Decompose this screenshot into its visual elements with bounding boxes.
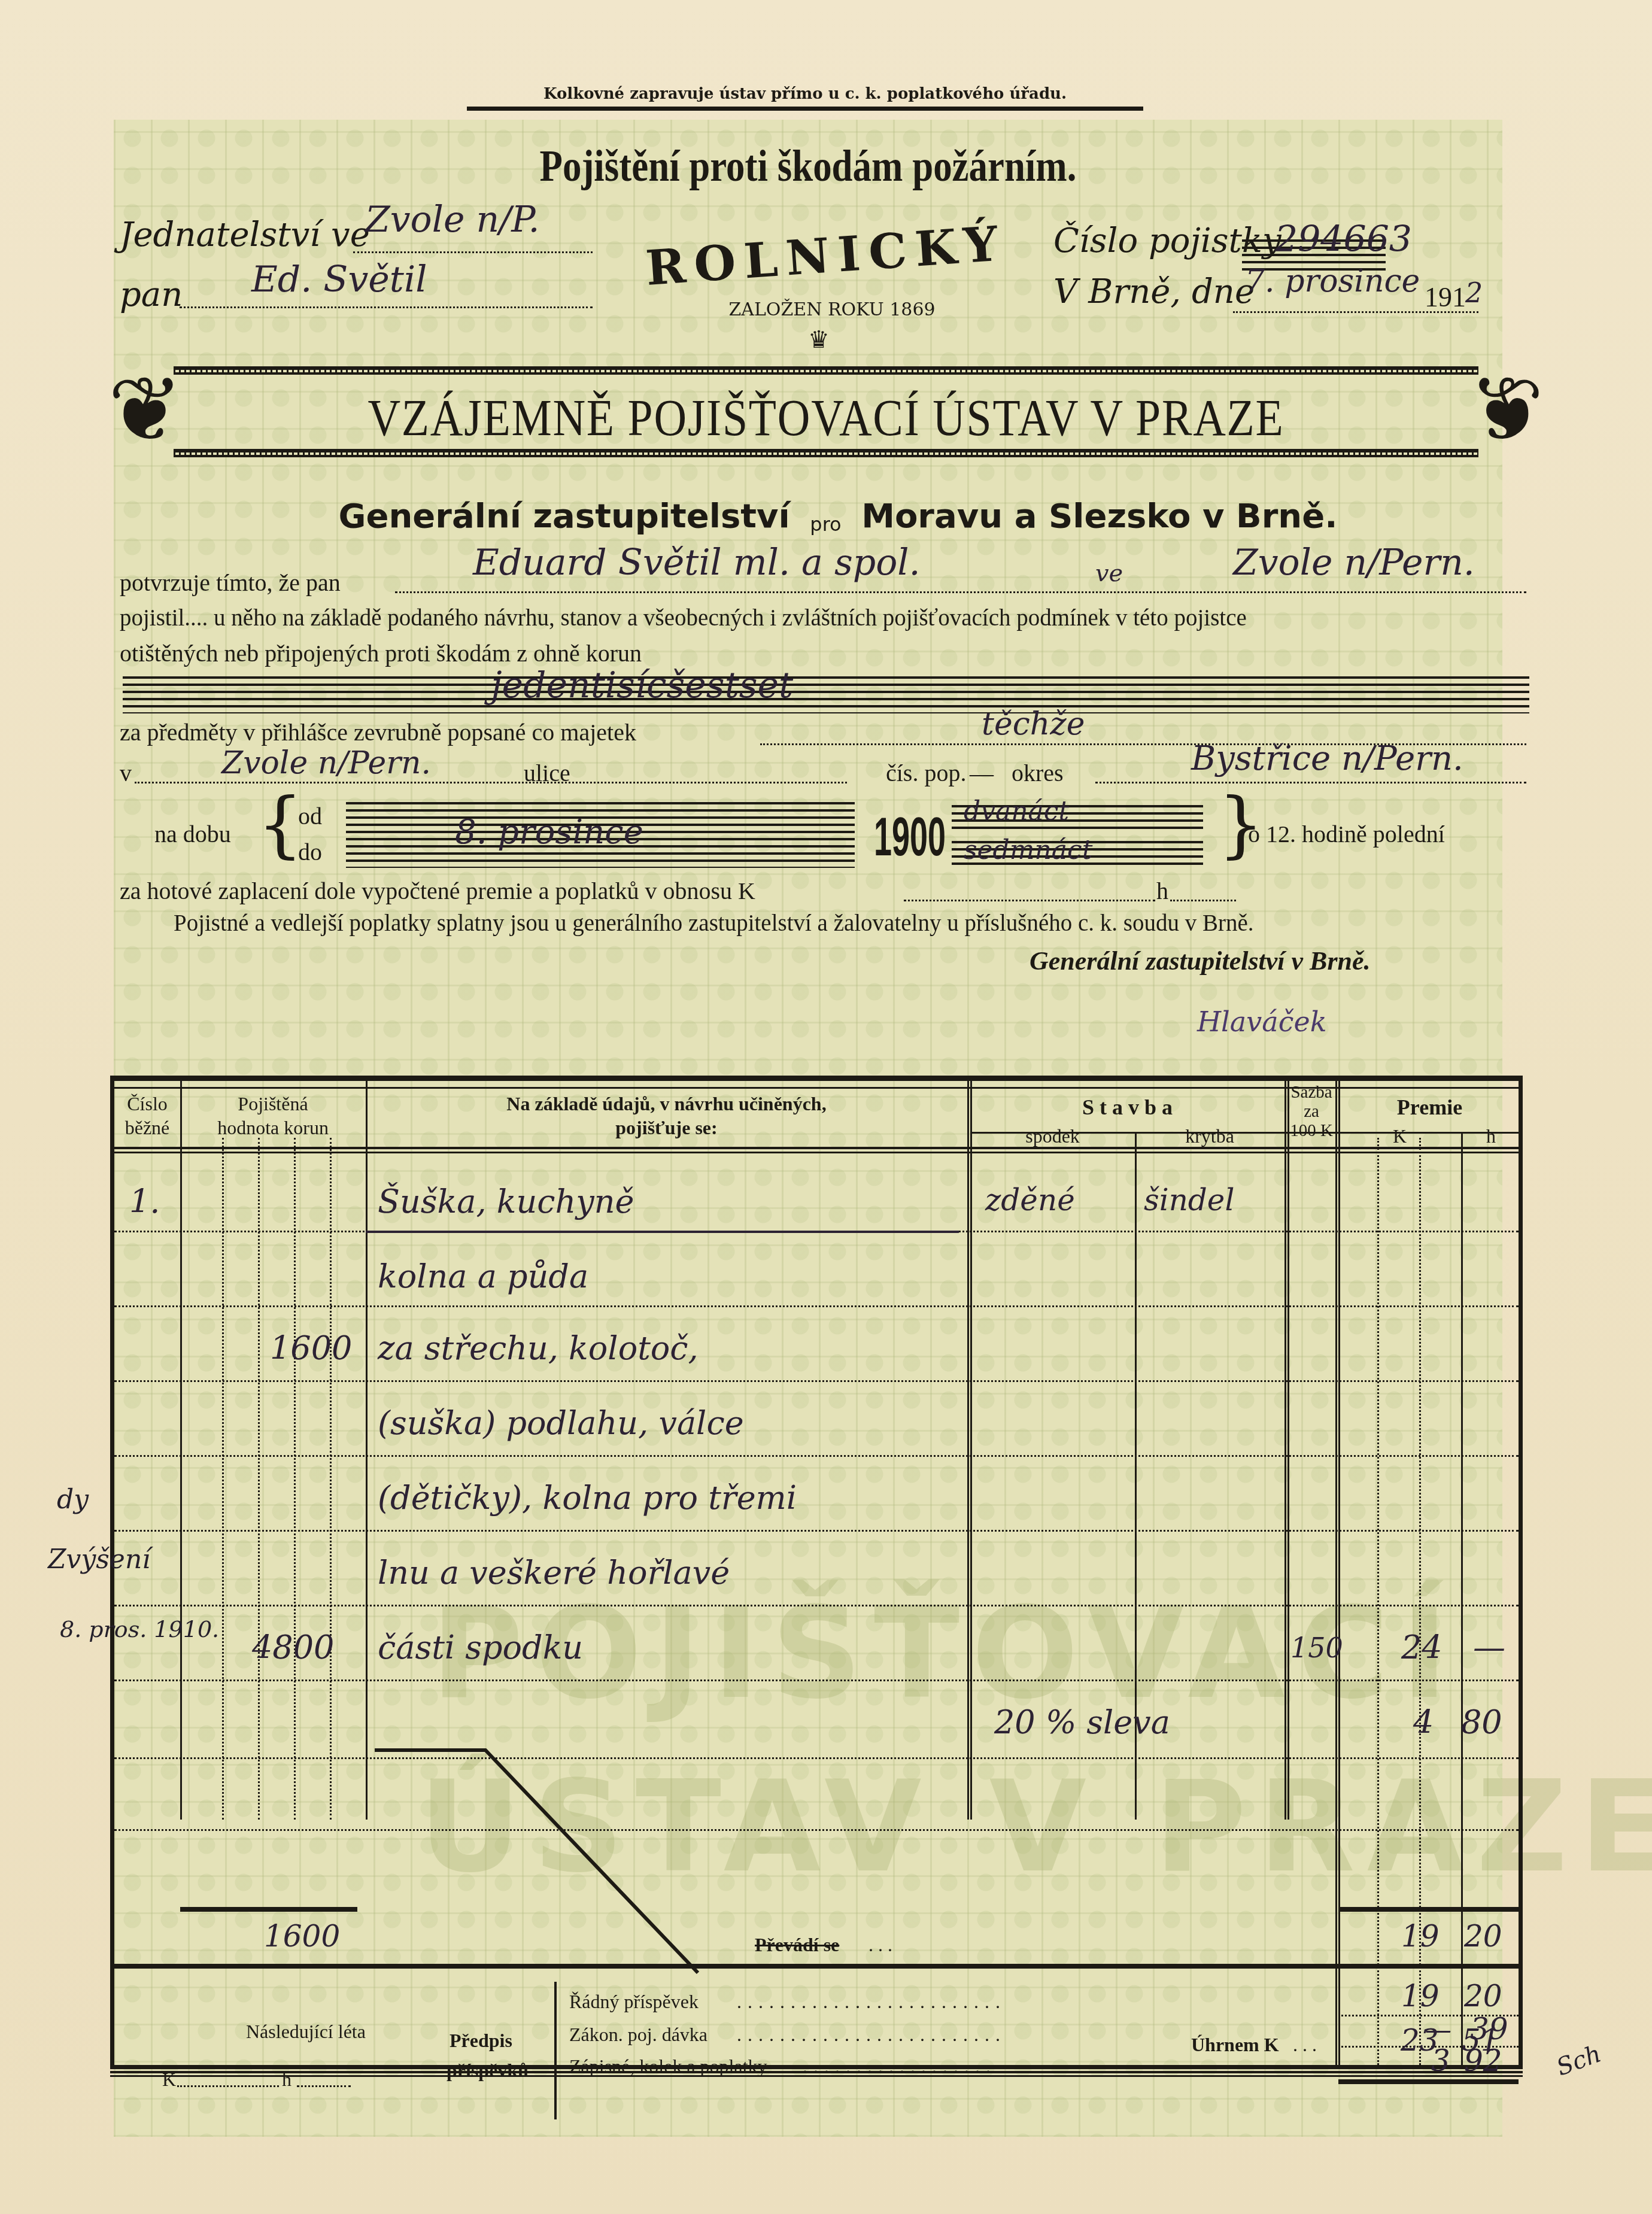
row-line bbox=[114, 1305, 1519, 1307]
date-year-hand: 2 bbox=[1465, 277, 1483, 309]
summary-total-rule bbox=[1338, 2079, 1519, 2084]
next-years-label: Následující léta bbox=[246, 2021, 366, 2043]
dotted-subcol bbox=[330, 1138, 332, 1820]
total-dots: . . . bbox=[1293, 2034, 1317, 2056]
col-divider bbox=[967, 1081, 969, 1820]
row-line bbox=[114, 1605, 1519, 1606]
total-h: 51 bbox=[1462, 2023, 1500, 2058]
summary-k-divider bbox=[1335, 1967, 1337, 2065]
period-label: na dobu bbox=[154, 820, 231, 848]
total-label: Úhrnem K bbox=[1191, 2034, 1279, 2056]
flourish-right-icon: ❦ bbox=[1469, 365, 1544, 455]
header-premium-k: K bbox=[1338, 1124, 1461, 1148]
dotted-subcol bbox=[1377, 1138, 1379, 2065]
stamp-note: Kolkovné zapravuje ústav přímo u c. k. p… bbox=[467, 85, 1143, 111]
organization-banner: ❦ VZÁJEMNĚ POJIŠŤOVACÍ ÚSTAV V PRAZE ❦ bbox=[108, 359, 1544, 479]
row-2-desc: kolna a půda bbox=[378, 1258, 588, 1295]
region-label: Moravu a Slezsko v Brně. bbox=[861, 497, 1337, 536]
row-line bbox=[114, 1680, 1519, 1681]
v-label: v bbox=[120, 759, 132, 787]
from-label: od bbox=[298, 802, 322, 830]
row-4-desc: (suška) podlahu, válce bbox=[378, 1404, 744, 1442]
header-value: Pojištěná hodnota korun bbox=[180, 1092, 366, 1140]
header-rate: Sazba za 100 K bbox=[1287, 1083, 1335, 1141]
signature: Hlaváček bbox=[1197, 1006, 1327, 1038]
payment-label: za hotové zaplacení dole vypočtené premi… bbox=[120, 877, 755, 905]
pro-label: pro bbox=[810, 513, 841, 536]
next-years-k-field bbox=[177, 2085, 279, 2087]
header-building: S t a v b a bbox=[970, 1094, 1284, 1121]
printed-conditions-line: otištěných neb připojených proti škodám … bbox=[120, 639, 642, 667]
insured-place: Zvole n/Pern. bbox=[1233, 542, 1475, 584]
general-agency-label: Generální zastupitelství bbox=[338, 497, 789, 536]
margin-note-mark: dy bbox=[57, 1484, 89, 1515]
carry-forward-label: Převádí se bbox=[755, 1934, 839, 1956]
district-label: okres bbox=[1012, 759, 1064, 787]
row-8-discount: 20 % sleva bbox=[994, 1703, 1170, 1741]
row-8-k: 4 bbox=[1413, 1703, 1434, 1741]
summary-top-rule bbox=[114, 1964, 1519, 1969]
pan-value: Ed. Světil bbox=[251, 259, 427, 300]
header-rate-line2: za bbox=[1287, 1103, 1335, 1122]
insured-field bbox=[395, 591, 1526, 593]
total-value: 1600 bbox=[264, 1919, 340, 1954]
col-divider bbox=[1335, 1081, 1337, 2065]
dotted-subcol bbox=[294, 1138, 296, 1820]
amount-strike-box bbox=[123, 676, 1529, 713]
header-no-line2: běžné bbox=[114, 1116, 180, 1140]
top-rule bbox=[174, 366, 1478, 375]
header-value-line1: Pojištěná bbox=[180, 1092, 366, 1116]
col-divider bbox=[1284, 1081, 1286, 1820]
amount-words: jedentisícšestset bbox=[491, 664, 793, 706]
row-7-k: 24 bbox=[1401, 1629, 1443, 1666]
organization-name: VZÁJEMNĚ POJIŠŤOVACÍ ÚSTAV V PRAZE bbox=[268, 388, 1384, 448]
payment-h-field bbox=[1170, 900, 1236, 901]
row-line bbox=[114, 1530, 1519, 1532]
payment-k-field bbox=[904, 900, 1155, 901]
general-agency-line: Generální zastupitelství pro Moravu a Sl… bbox=[239, 497, 1437, 536]
year-to: sedmnáct bbox=[964, 835, 1092, 865]
subject-label: za předměty v přihlášce zevrubně popsané… bbox=[120, 718, 636, 746]
row-6-desc: lnu a veškeré hořlavé bbox=[378, 1554, 730, 1592]
next-years-h-field bbox=[297, 2085, 351, 2087]
crown-icon: ♛ bbox=[808, 326, 830, 354]
margin-note-date: 8. pros. 1910. bbox=[60, 1616, 219, 1642]
street-label: ulice bbox=[524, 759, 570, 787]
col-divider bbox=[1461, 1132, 1463, 2065]
confirm-label: potvrzuje tímto, že pan bbox=[120, 569, 341, 597]
prescription-label-1: Předpis bbox=[450, 2030, 512, 2052]
summary-item-1-k: 19 bbox=[1401, 1979, 1440, 2013]
col-divider bbox=[366, 1081, 368, 1820]
row-7-value: 4800 bbox=[252, 1629, 334, 1666]
signature-title: Generální zastupitelství v Brně. bbox=[1030, 946, 1371, 976]
header-description: Na základě údajů, v návrhu učiněných, po… bbox=[366, 1092, 967, 1140]
date-value: 7. prosince bbox=[1245, 263, 1420, 299]
carry-forward-k: 19 bbox=[1401, 1919, 1440, 1954]
agency-label: Jednatelství ve bbox=[120, 215, 370, 254]
row-8-h: 80 bbox=[1461, 1703, 1502, 1741]
header-base: spodek bbox=[970, 1124, 1135, 1148]
row-line bbox=[114, 1757, 1519, 1759]
header-rate-line3: 100 K bbox=[1287, 1122, 1335, 1141]
subject-value: těchže bbox=[982, 706, 1085, 742]
location-field bbox=[135, 782, 847, 783]
location-value: Zvole n/Pern. bbox=[221, 745, 431, 781]
col-divider bbox=[1338, 1081, 1340, 2065]
header-rate-line1: Sazba bbox=[1287, 1083, 1335, 1103]
row-1-desc: Šuška, kuchyně bbox=[378, 1183, 634, 1220]
margin-note-text: Zvýšení bbox=[48, 1544, 150, 1575]
document-title: Pojištění proti škodám požárním. bbox=[325, 141, 1292, 192]
header-premium: Premie bbox=[1338, 1094, 1521, 1121]
noon-label: o 12. hodině polední bbox=[1248, 820, 1445, 848]
row-1-roof: šindel bbox=[1144, 1183, 1234, 1217]
total-k: 23 bbox=[1401, 2023, 1439, 2058]
carry-forward-h: 20 bbox=[1464, 1919, 1502, 1954]
row-line bbox=[114, 1380, 1519, 1382]
date-year-printed: 191 bbox=[1425, 281, 1466, 313]
summary-item-2-label: Zákon. poj. dávka bbox=[569, 2024, 707, 2046]
year-prefix: 1900 bbox=[874, 807, 946, 868]
row-7-desc: části spodku bbox=[378, 1629, 583, 1666]
row-1-no: 1. bbox=[129, 1183, 160, 1220]
agency-value: Zvole n/P. bbox=[365, 199, 540, 241]
house-label: čís. pop. bbox=[886, 759, 966, 787]
summary-brace bbox=[554, 1982, 559, 2119]
value-total-rule bbox=[180, 1907, 357, 1912]
row-3-desc: za střechu, kolotoč, bbox=[378, 1329, 699, 1367]
flourish-left-icon: ❦ bbox=[108, 365, 183, 455]
pan-field bbox=[180, 306, 593, 308]
district-field bbox=[1095, 782, 1526, 783]
row-1-base: zděné bbox=[985, 1183, 1075, 1217]
payment-h-label: h bbox=[1156, 877, 1168, 905]
dotted-subcol bbox=[258, 1138, 260, 1820]
header-bottom-rule bbox=[114, 1147, 1519, 1149]
premium-total-rule bbox=[1338, 1907, 1519, 1912]
header-premium-h: h bbox=[1461, 1124, 1521, 1148]
district-value: Bystřice n/Pern. bbox=[1191, 739, 1463, 778]
logo-founded: ZALOŽEN ROKU 1869 bbox=[682, 299, 982, 320]
carry-forward-dots: . . . bbox=[868, 1934, 892, 1956]
summary-item-1-h: 20 bbox=[1464, 1979, 1502, 2013]
court-line: Pojistné a vedlejší poplatky splatny jso… bbox=[174, 910, 1254, 937]
row-3-value: 1600 bbox=[270, 1329, 352, 1367]
house-value: — bbox=[970, 759, 994, 787]
date-label: V Brně, dne bbox=[1053, 272, 1255, 311]
header-roof: krytba bbox=[1135, 1124, 1284, 1148]
row-line bbox=[114, 1829, 1519, 1831]
header-no: Číslo běžné bbox=[114, 1092, 180, 1140]
insured-name: Eduard Světil ml. a spol. bbox=[473, 542, 921, 584]
header-no-line1: Číslo bbox=[114, 1092, 180, 1116]
cancel-stroke-line bbox=[372, 1745, 707, 1979]
premium-table: Číslo běžné Pojištěná hodnota korun Na z… bbox=[110, 1076, 1523, 2069]
pan-label: pan bbox=[120, 275, 183, 314]
period-date: 8. prosince bbox=[455, 813, 643, 852]
to-label: do bbox=[298, 838, 322, 866]
row-line bbox=[114, 1455, 1519, 1457]
col-divider bbox=[180, 1081, 182, 1820]
summary-item-1-label: Řádný příspěvek bbox=[569, 1991, 699, 2013]
year-from: dvanáct bbox=[964, 796, 1069, 827]
header-desc-line2: pojišťuje se: bbox=[366, 1116, 967, 1140]
bottom-rule bbox=[174, 449, 1478, 457]
header-bottom-rule-2 bbox=[114, 1152, 1519, 1153]
brace-left: { bbox=[257, 789, 303, 861]
table-bottom-rule bbox=[110, 2071, 1523, 2077]
header-value-line2: hodnota korun bbox=[180, 1116, 366, 1140]
row-7-rate: 150 bbox=[1290, 1632, 1343, 1664]
header-desc-line1: Na základě údajů, v návrhu učiněných, bbox=[366, 1092, 967, 1116]
hand-underline bbox=[366, 1231, 959, 1233]
summary-item-1-dots: ......................... bbox=[737, 1991, 1006, 2013]
row-5-desc: (dětičky), kolna pro třemi bbox=[378, 1479, 797, 1517]
conditions-line: pojistil.... u něho na základě podaného … bbox=[120, 605, 1247, 631]
summary-item-2-dots: ......................... bbox=[737, 2024, 1006, 2046]
dotted-subcol bbox=[222, 1138, 224, 1820]
col-divider bbox=[1287, 1081, 1289, 1820]
ve-label: ve bbox=[1095, 560, 1123, 587]
col-divider bbox=[970, 1081, 972, 1820]
row-7-h: — bbox=[1473, 1629, 1505, 1666]
policy-number: 294663 bbox=[1275, 218, 1412, 260]
agency-field bbox=[353, 251, 593, 253]
